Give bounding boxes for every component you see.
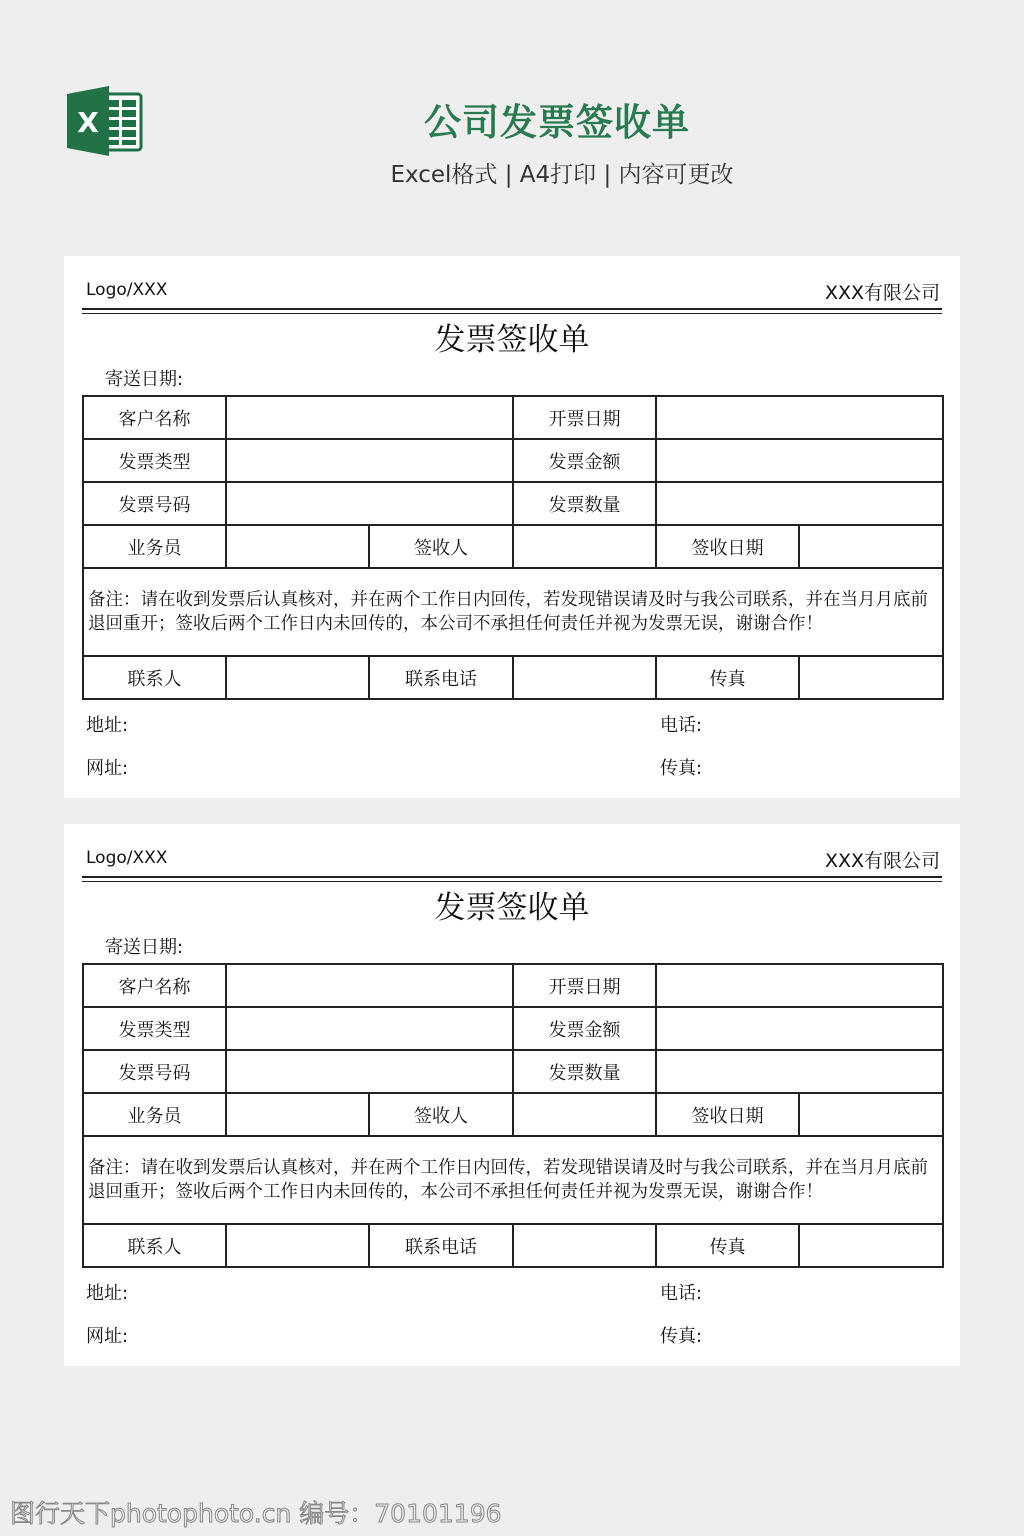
invoice-type-field[interactable] [226,439,513,482]
invoice-amount-label: 发票金额 [513,439,656,482]
fax-field[interactable] [799,1224,943,1267]
fax-label: 传真 [656,1224,799,1267]
invoice-type-label: 发票类型 [83,1007,226,1050]
table-row: 发票类型 发票金额 [83,439,943,482]
invoice-type-field[interactable] [226,1007,513,1050]
send-date-label: 寄送日期: [105,933,183,959]
website-label: 网址: [86,1322,128,1348]
invoice-number-label: 发票号码 [83,1050,226,1093]
logo-placeholder: Logo/XXX [86,280,167,300]
company-name: XXX有限公司 [825,278,940,305]
send-date-label: 寄送日期: [105,365,183,391]
fax-label: 传真 [656,656,799,699]
contact-phone-label: 联系电话 [369,1224,513,1267]
salesperson-label: 业务员 [83,525,226,568]
invoice-quantity-label: 发票数量 [513,1050,656,1093]
invoice-amount-field[interactable] [656,439,943,482]
sign-date-label: 签收日期 [656,525,799,568]
customer-name-label: 客户名称 [83,396,226,439]
table-row: 发票号码 发票数量 [83,482,943,525]
phone-label: 电话: [660,711,702,737]
invoice-type-label: 发票类型 [83,439,226,482]
form-title: 发票签收单 [64,882,960,927]
page-subtitle: Excel格式 | A4打印 | 内容可更改 [0,156,1024,189]
invoice-quantity-label: 发票数量 [513,482,656,525]
recipient-field[interactable] [513,525,656,568]
customer-name-field[interactable] [226,396,513,439]
form-title: 发票签收单 [64,314,960,359]
table-row: 联系人 联系电话 传真 [83,656,943,699]
recipient-label: 签收人 [369,525,513,568]
invoice-number-field[interactable] [226,482,513,525]
invoice-form-2: Logo/XXX XXX有限公司 发票签收单 寄送日期: 客户名称 开票日期 发… [64,824,960,1366]
table-row: 备注：请在收到发票后认真核对，并在两个工作日内回传，若发现错误请及时与我公司联系… [83,1136,943,1224]
table-row: 客户名称 开票日期 [83,964,943,1007]
table-row: 联系人 联系电话 传真 [83,1224,943,1267]
address-label: 地址: [86,711,128,737]
note-text: 备注：请在收到发票后认真核对，并在两个工作日内回传，若发现错误请及时与我公司联系… [83,1136,943,1224]
company-name: XXX有限公司 [825,846,940,873]
fax-field[interactable] [799,656,943,699]
contact-phone-label: 联系电话 [369,656,513,699]
footer-fax-label: 传真: [660,754,702,780]
customer-name-label: 客户名称 [83,964,226,1007]
invoice-date-field[interactable] [656,396,943,439]
contact-field[interactable] [226,1224,369,1267]
invoice-table: 客户名称 开票日期 发票类型 发票金额 发票号码 发票数量 业务员 签收人 签收… [82,963,944,1268]
invoice-amount-field[interactable] [656,1007,943,1050]
recipient-field[interactable] [513,1093,656,1136]
table-row: 业务员 签收人 签收日期 [83,1093,943,1136]
salesperson-label: 业务员 [83,1093,226,1136]
salesperson-field[interactable] [226,1093,369,1136]
invoice-date-field[interactable] [656,964,943,1007]
page-title: 公司发票签收单 [0,92,1024,146]
contact-label: 联系人 [83,656,226,699]
contact-phone-field[interactable] [513,1224,656,1267]
contact-field[interactable] [226,656,369,699]
contact-phone-field[interactable] [513,656,656,699]
invoice-number-label: 发票号码 [83,482,226,525]
note-text: 备注：请在收到发票后认真核对，并在两个工作日内回传，若发现错误请及时与我公司联系… [83,568,943,656]
invoice-quantity-field[interactable] [656,1050,943,1093]
table-row: 发票号码 发票数量 [83,1050,943,1093]
invoice-form-1: Logo/XXX XXX有限公司 发票签收单 寄送日期: 客户名称 开票日期 发… [64,256,960,798]
table-row: 备注：请在收到发票后认真核对，并在两个工作日内回传，若发现错误请及时与我公司联系… [83,568,943,656]
contact-label: 联系人 [83,1224,226,1267]
phone-label: 电话: [660,1279,702,1305]
table-row: 发票类型 发票金额 [83,1007,943,1050]
invoice-amount-label: 发票金额 [513,1007,656,1050]
invoice-date-label: 开票日期 [513,396,656,439]
table-row: 业务员 签收人 签收日期 [83,525,943,568]
invoice-date-label: 开票日期 [513,964,656,1007]
table-row: 客户名称 开票日期 [83,396,943,439]
website-label: 网址: [86,754,128,780]
salesperson-field[interactable] [226,525,369,568]
sign-date-field[interactable] [799,1093,943,1136]
sign-date-field[interactable] [799,525,943,568]
invoice-quantity-field[interactable] [656,482,943,525]
customer-name-field[interactable] [226,964,513,1007]
footer-fax-label: 传真: [660,1322,702,1348]
address-label: 地址: [86,1279,128,1305]
invoice-table: 客户名称 开票日期 发票类型 发票金额 发票号码 发票数量 业务员 签收人 签收… [82,395,944,700]
logo-placeholder: Logo/XXX [86,848,167,868]
recipient-label: 签收人 [369,1093,513,1136]
invoice-number-field[interactable] [226,1050,513,1093]
watermark: 图行天下photophoto.cn 编号：70101196 [10,1494,502,1530]
sign-date-label: 签收日期 [656,1093,799,1136]
